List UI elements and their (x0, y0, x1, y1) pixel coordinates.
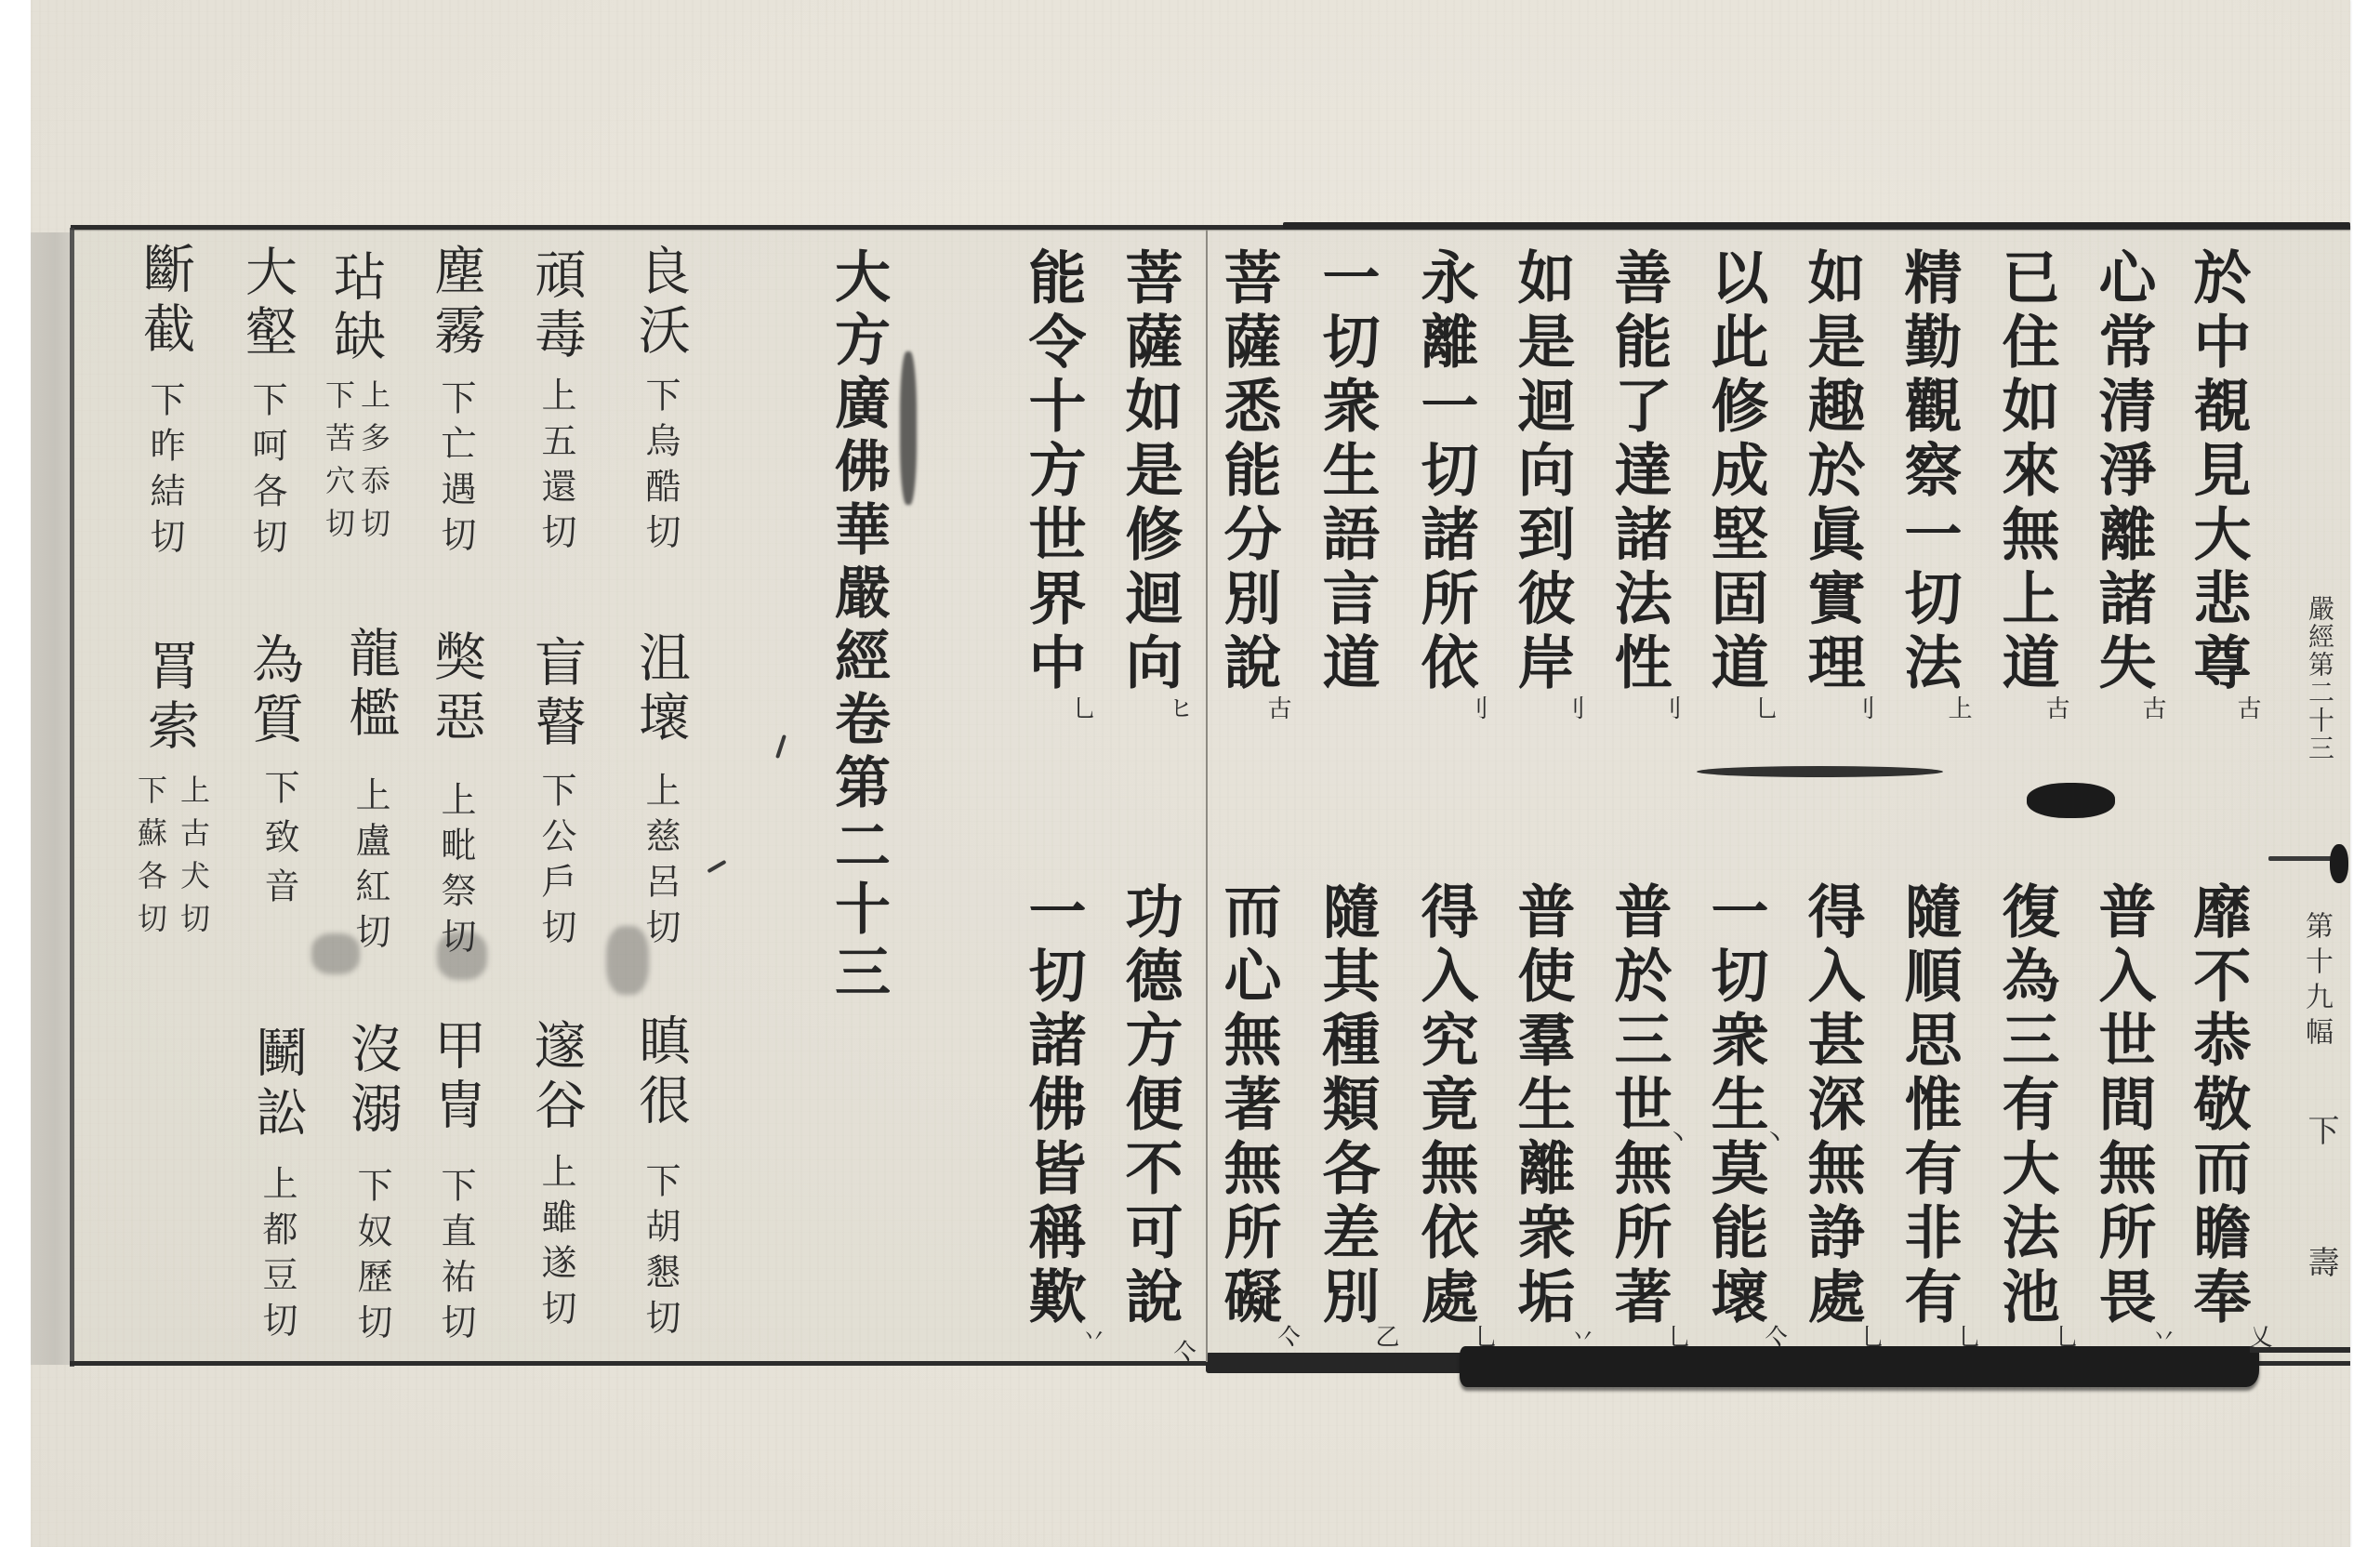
gugyeol-mark: 乚 (1471, 1324, 1497, 1348)
frame-left-rule (70, 228, 74, 1367)
verse-lower-3: 復為三有大法池 (1995, 881, 2056, 1330)
gloss-term: 大壑 (238, 245, 296, 364)
gugyeol-inner-mark: 丶 (1759, 1125, 1785, 1149)
verse-lower-12: 功德方便不可說 (1118, 881, 1180, 1330)
gloss-term: 瞋很 (631, 1013, 689, 1132)
scanned-page: 嚴經第二十三 第十九幅 下 壽 於中覩見大悲尊 古 靡不恭敬而瞻奉 乂 心常清淨… (0, 0, 2380, 1547)
gugyeol-mark: 古 (1264, 695, 1290, 720)
gloss-reading: 下胡懇切 (641, 1162, 680, 1344)
gloss-reading: 下奴歷切 (352, 1167, 391, 1349)
gloss-reading: 上多忝切 (358, 379, 390, 550)
gloss-term: 為質 (245, 632, 302, 751)
verse-upper-10: 一切衆生語言道 (1316, 247, 1377, 696)
gloss-reading-secondary: 下蘇各切 (135, 774, 166, 945)
fascicle-title: 大方廣佛華嚴經卷第二十三 (827, 247, 889, 1006)
gloss-reading: 下昨結切 (145, 381, 184, 563)
gloss-reading: 上毗祭切 (436, 781, 475, 963)
gugyeol-mark: 乚 (2052, 1324, 2078, 1348)
margin-label-leaf-number: 第十九幅 (2301, 911, 2331, 1052)
gugyeol-mark: 上 (1945, 695, 1971, 720)
verse-upper-9: 永離一切諸所依 (1414, 247, 1475, 696)
gloss-reading: 下烏酷切 (641, 377, 680, 559)
ink-blot (2027, 783, 2115, 818)
gloss-reading: 上盧紅切 (350, 776, 390, 959)
gugyeol-mark: 乚 (1069, 695, 1095, 720)
verse-lower-10: 隨其種類各差別 (1316, 881, 1377, 1330)
gloss-term: 頑毒 (527, 247, 585, 366)
verse-upper-3: 已住如來無上道 (1995, 247, 2056, 696)
verse-upper-12: 菩薩如是修迴向 (1118, 247, 1180, 696)
verse-lower-6: 一切衆生莫能壞 (1704, 881, 1765, 1330)
left-margin-strip (31, 232, 72, 1365)
margin-label-position: 下 (2304, 1114, 2337, 1145)
gugyeol-mark: 古 (2139, 695, 2165, 720)
gloss-term: 沮壞 (631, 630, 689, 749)
gugyeol-mark: 亽 (1761, 1324, 1787, 1348)
gloss-term: 良沃 (631, 244, 689, 363)
gugyeol-mark: 古 (2043, 695, 2069, 720)
gloss-term: 玷缺 (326, 249, 384, 368)
gugyeol-mark: 乂 (2245, 1324, 2271, 1348)
gloss-term: 盲瞽 (527, 635, 585, 754)
gloss-reading: 上慈呂切 (641, 772, 680, 954)
gugyeol-mark: 乚 (1752, 695, 1778, 720)
gugyeol-mark: 乚 (1954, 1324, 1980, 1348)
verse-lower-7: 普於三世無所著 (1607, 881, 1669, 1330)
gloss-reading: 上古犬切 (178, 774, 209, 945)
verse-lower-5: 得入甚深無諍處 (1801, 881, 1862, 1330)
margin-label-sutra-volume: 嚴經第二十三 (2306, 595, 2334, 762)
gugyeol-mark: 刂 (1461, 695, 1487, 720)
gloss-term: 邃谷 (527, 1018, 585, 1137)
gugyeol-mark: ヒ (1166, 695, 1192, 720)
frame-bottom-rule-mid (1206, 1353, 1485, 1373)
gugyeol-mark: 乚 (1664, 1324, 1690, 1348)
gloss-term: 罥索 (140, 639, 198, 758)
gugyeol-mark: 刂 (1558, 695, 1584, 720)
gloss-term: 鬭訟 (248, 1025, 306, 1144)
gloss-reading: 上雖遂切 (536, 1153, 575, 1335)
gloss-term: 塵霧 (427, 244, 484, 363)
verse-upper-13: 能令十方世界中 (1022, 247, 1083, 696)
title-ink-smudge (900, 351, 917, 505)
gloss-term: 沒溺 (343, 1022, 401, 1141)
verse-upper-1: 於中覩見大悲尊 (2187, 247, 2248, 696)
center-ink-streak (1697, 766, 1943, 777)
gloss-reading: 下亡遇切 (436, 379, 475, 562)
verse-upper-4: 精勤觀察一切法 (1897, 247, 1959, 696)
gugyeol-inner-mark: 丶 (1662, 1125, 1688, 1149)
verse-lower-11: 而心無著無所礙 (1217, 881, 1278, 1330)
gugyeol-mark: 丷 (1567, 1324, 1593, 1348)
gugyeol-mark: 亽 (1170, 1339, 1196, 1363)
gloss-term: 甲冑 (427, 1018, 484, 1137)
gloss-term: 龍檻 (341, 626, 399, 745)
verse-upper-7: 善能了達諸法性 (1607, 247, 1669, 696)
gloss-reading: 上都豆切 (258, 1165, 297, 1347)
gloss-term: 斷截 (136, 242, 193, 361)
block-seam-line (1206, 230, 1208, 1362)
gugyeol-mark: 亽 (1274, 1324, 1300, 1348)
gloss-reading: 上五還切 (536, 377, 575, 559)
frame-top-rule-heavy (1283, 222, 2350, 229)
gloss-reading: 下公戶切 (536, 772, 575, 954)
margin-ink-dash (2268, 856, 2334, 861)
verse-lower-1: 靡不恭敬而瞻奉 (2187, 881, 2248, 1330)
verse-upper-2: 心常清淨離諸失 (2092, 247, 2153, 696)
verse-upper-8: 如是迴向到彼岸 (1511, 247, 1572, 696)
gloss-reading: 下呵各切 (247, 381, 286, 563)
gloss-term: 獘惡 (427, 629, 484, 748)
gloss-reading-secondary: 下苦穴切 (323, 379, 354, 550)
verse-upper-5: 如是趣於眞實理 (1801, 247, 1862, 696)
margin-label-carver: 壽 (2304, 1246, 2337, 1277)
gugyeol-mark: 古 (2234, 695, 2260, 720)
frame-bottom-rule-heavy (1460, 1346, 2259, 1387)
gugyeol-mark: 刂 (1848, 695, 1874, 720)
margin-ink-blot (2330, 844, 2348, 883)
verse-lower-13: 一切諸佛皆稱歎 (1022, 881, 1083, 1330)
verse-upper-6: 以此修成堅固道 (1704, 247, 1765, 696)
verse-lower-2: 普入世間無所畏 (2092, 881, 2153, 1330)
gugyeol-mark: 丷 (2149, 1324, 2175, 1348)
gugyeol-mark: 丷 (1078, 1324, 1104, 1348)
verse-upper-11: 菩薩悉能分別說 (1217, 247, 1278, 696)
gugyeol-mark: 乚 (1858, 1324, 1884, 1348)
gloss-reading: 下致音 (259, 769, 298, 917)
verse-lower-8: 普使羣生離衆垢 (1511, 881, 1572, 1330)
verse-lower-9: 得入究竟無依處 (1414, 881, 1475, 1330)
gugyeol-mark: 乙 (1372, 1324, 1398, 1348)
verse-lower-4: 隨順思惟有非有 (1897, 881, 1959, 1330)
gloss-reading: 下直祐切 (436, 1167, 475, 1349)
gugyeol-mark: 刂 (1655, 695, 1681, 720)
